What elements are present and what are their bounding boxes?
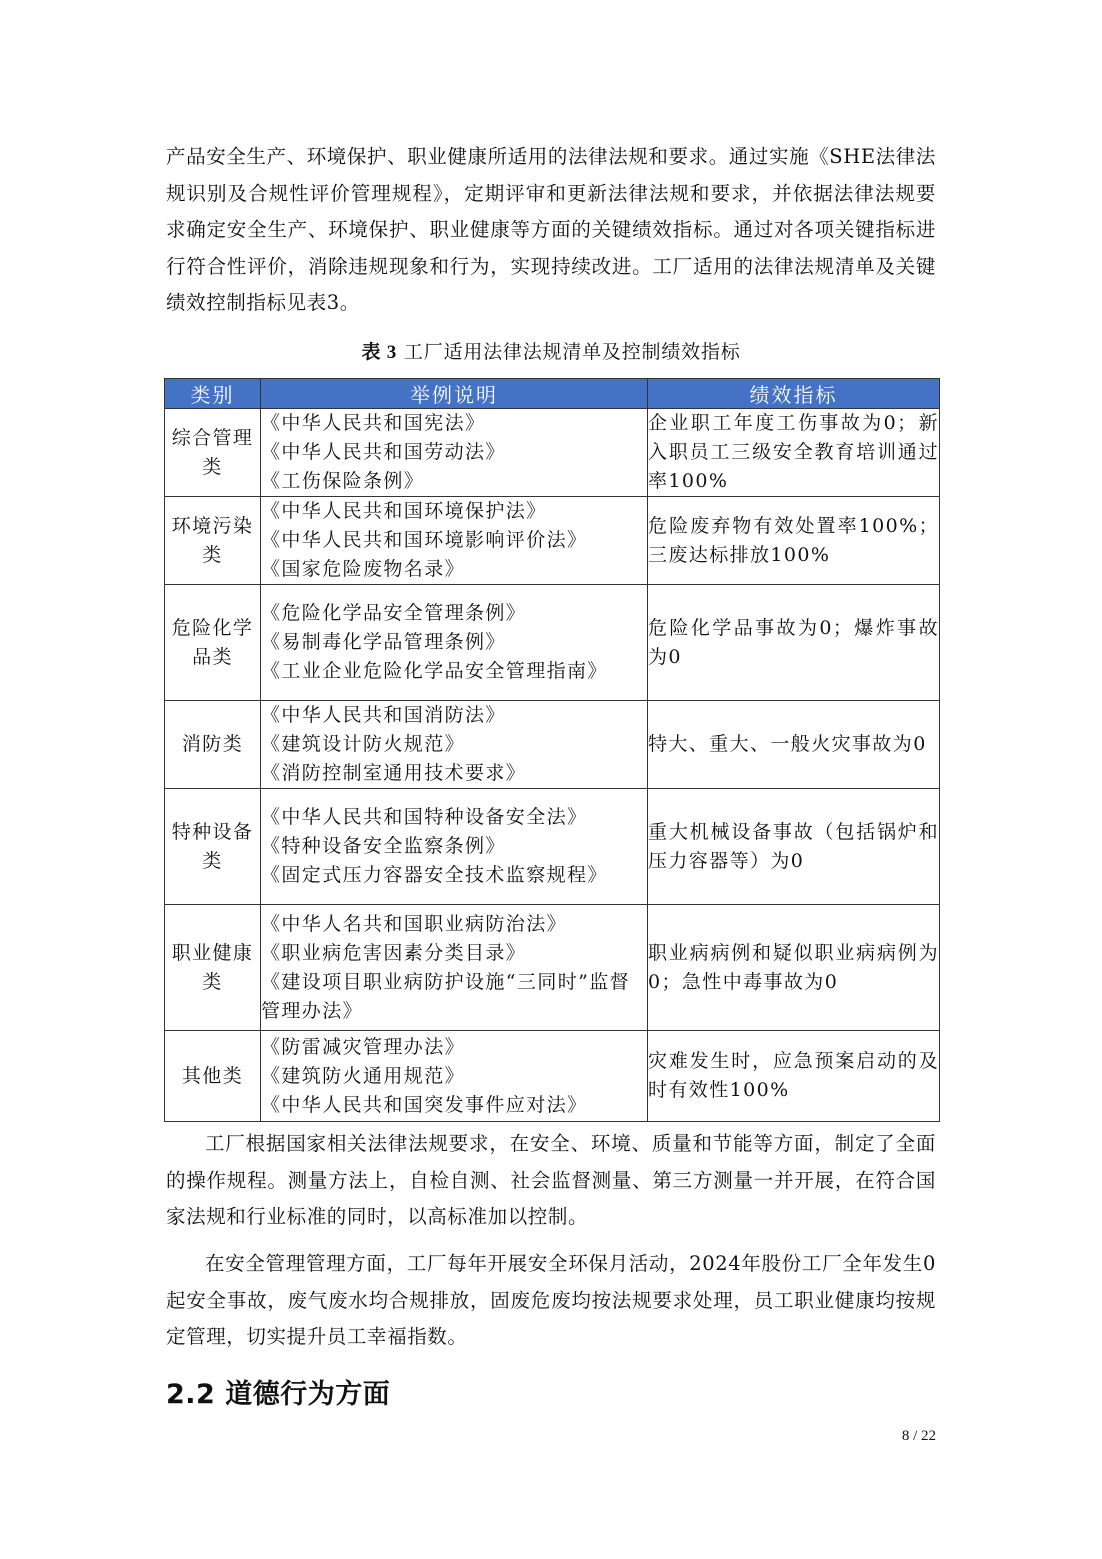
operations-paragraph: 工厂根据国家相关法律法规要求，在安全、环境、质量和节能等方面，制定了全面的操作规… bbox=[166, 1126, 936, 1236]
law-item: 《中华人民共和国消防法》 bbox=[261, 701, 647, 730]
regulations-table: 类别 举例说明 绩效指标 综合管理类 《中华人民共和国宪法》 《中华人民共和国劳… bbox=[164, 378, 940, 1122]
law-item: 《建筑设计防火规范》 bbox=[261, 730, 647, 759]
row-kpi: 危险化学品事故为0；爆炸事故为0 bbox=[648, 585, 940, 701]
law-item: 《特种设备安全监察条例》 bbox=[261, 832, 647, 861]
row-laws: 《中华人名共和国职业病防治法》 《职业病危害因素分类目录》 《建设项目职业病防护… bbox=[261, 905, 648, 1031]
row-kpi: 危险废弃物有效处置率100%；三废达标排放100% bbox=[648, 497, 940, 585]
law-item: 《中华人民共和国特种设备安全法》 bbox=[261, 803, 647, 832]
section-heading: 2.2 道德行为方面 bbox=[166, 1372, 390, 1411]
law-item: 《中华人民共和国环境影响评价法》 bbox=[261, 526, 647, 555]
table-caption-number: 表 3 bbox=[361, 342, 397, 363]
law-item: 《固定式压力容器安全技术监察规程》 bbox=[261, 861, 647, 890]
row-kpi: 职业病病例和疑似职业病病例为0；急性中毒事故为0 bbox=[648, 905, 940, 1031]
law-item: 《中华人民共和国宪法》 bbox=[261, 409, 647, 438]
law-item: 《建设项目职业病防护设施“三同时”监督管理办法》 bbox=[261, 968, 647, 1026]
table-row: 综合管理类 《中华人民共和国宪法》 《中华人民共和国劳动法》 《工伤保险条例》 … bbox=[165, 409, 940, 497]
page-number: 8 / 22 bbox=[860, 1428, 936, 1445]
law-item: 《职业病危害因素分类目录》 bbox=[261, 939, 647, 968]
row-category: 特种设备类 bbox=[165, 789, 261, 905]
row-laws: 《中华人民共和国消防法》 《建筑设计防火规范》 《消防控制室通用技术要求》 bbox=[261, 701, 648, 789]
row-category: 其他类 bbox=[165, 1031, 261, 1122]
law-item: 《消防控制室通用技术要求》 bbox=[261, 759, 647, 788]
row-laws: 《中华人民共和国环境保护法》 《中华人民共和国环境影响评价法》 《国家危险废物名… bbox=[261, 497, 648, 585]
header-category: 类别 bbox=[165, 379, 261, 409]
law-item: 《工业企业危险化学品安全管理指南》 bbox=[261, 657, 647, 686]
law-item: 《中华人民共和国劳动法》 bbox=[261, 438, 647, 467]
law-item: 《易制毒化学品管理条例》 bbox=[261, 628, 647, 657]
row-laws: 《中华人民共和国宪法》 《中华人民共和国劳动法》 《工伤保险条例》 bbox=[261, 409, 648, 497]
law-item: 《中华人民共和国突发事件应对法》 bbox=[261, 1091, 647, 1120]
law-item: 《建筑防火通用规范》 bbox=[261, 1062, 647, 1091]
row-category: 危险化学品类 bbox=[165, 585, 261, 701]
table-header-row: 类别 举例说明 绩效指标 bbox=[165, 379, 940, 409]
row-laws: 《防雷减灾管理办法》 《建筑防火通用规范》 《中华人民共和国突发事件应对法》 bbox=[261, 1031, 648, 1122]
law-item: 《工伤保险条例》 bbox=[261, 467, 647, 496]
header-kpi: 绩效指标 bbox=[648, 379, 940, 409]
table-row: 消防类 《中华人民共和国消防法》 《建筑设计防火规范》 《消防控制室通用技术要求… bbox=[165, 701, 940, 789]
row-laws: 《危险化学品安全管理条例》 《易制毒化学品管理条例》 《工业企业危险化学品安全管… bbox=[261, 585, 648, 701]
intro-paragraph: 产品安全生产、环境保护、职业健康所适用的法律法规和要求。通过实施《SHE法律法规… bbox=[166, 139, 936, 322]
row-kpi: 特大、重大、一般火灾事故为0 bbox=[648, 701, 940, 789]
law-item: 《中华人名共和国职业病防治法》 bbox=[261, 910, 647, 939]
law-item: 《国家危险废物名录》 bbox=[261, 555, 647, 584]
row-kpi: 企业职工年度工伤事故为0；新入职员工三级安全教育培训通过率100% bbox=[648, 409, 940, 497]
row-category: 消防类 bbox=[165, 701, 261, 789]
table-row: 其他类 《防雷减灾管理办法》 《建筑防火通用规范》 《中华人民共和国突发事件应对… bbox=[165, 1031, 940, 1122]
table-row: 特种设备类 《中华人民共和国特种设备安全法》 《特种设备安全监察条例》 《固定式… bbox=[165, 789, 940, 905]
row-laws: 《中华人民共和国特种设备安全法》 《特种设备安全监察条例》 《固定式压力容器安全… bbox=[261, 789, 648, 905]
safety-paragraph: 在安全管理管理方面，工厂每年开展安全环保月活动，2024年股份工厂全年发生0起安… bbox=[166, 1246, 936, 1356]
table-caption: 表 3 工厂适用法律法规清单及控制绩效指标 bbox=[166, 337, 936, 364]
law-item: 《危险化学品安全管理条例》 bbox=[261, 599, 647, 628]
row-category: 职业健康类 bbox=[165, 905, 261, 1031]
table-row: 职业健康类 《中华人名共和国职业病防治法》 《职业病危害因素分类目录》 《建设项… bbox=[165, 905, 940, 1031]
row-category: 环境污染类 bbox=[165, 497, 261, 585]
table-caption-title: 工厂适用法律法规清单及控制绩效指标 bbox=[397, 341, 740, 363]
table-row: 环境污染类 《中华人民共和国环境保护法》 《中华人民共和国环境影响评价法》 《国… bbox=[165, 497, 940, 585]
row-kpi: 重大机械设备事故（包括锅炉和压力容器等）为0 bbox=[648, 789, 940, 905]
row-category: 综合管理类 bbox=[165, 409, 261, 497]
table-row: 危险化学品类 《危险化学品安全管理条例》 《易制毒化学品管理条例》 《工业企业危… bbox=[165, 585, 940, 701]
law-item: 《防雷减灾管理办法》 bbox=[261, 1033, 647, 1062]
header-examples: 举例说明 bbox=[261, 379, 648, 409]
row-kpi: 灾难发生时，应急预案启动的及时有效性100% bbox=[648, 1031, 940, 1122]
law-item: 《中华人民共和国环境保护法》 bbox=[261, 497, 647, 526]
